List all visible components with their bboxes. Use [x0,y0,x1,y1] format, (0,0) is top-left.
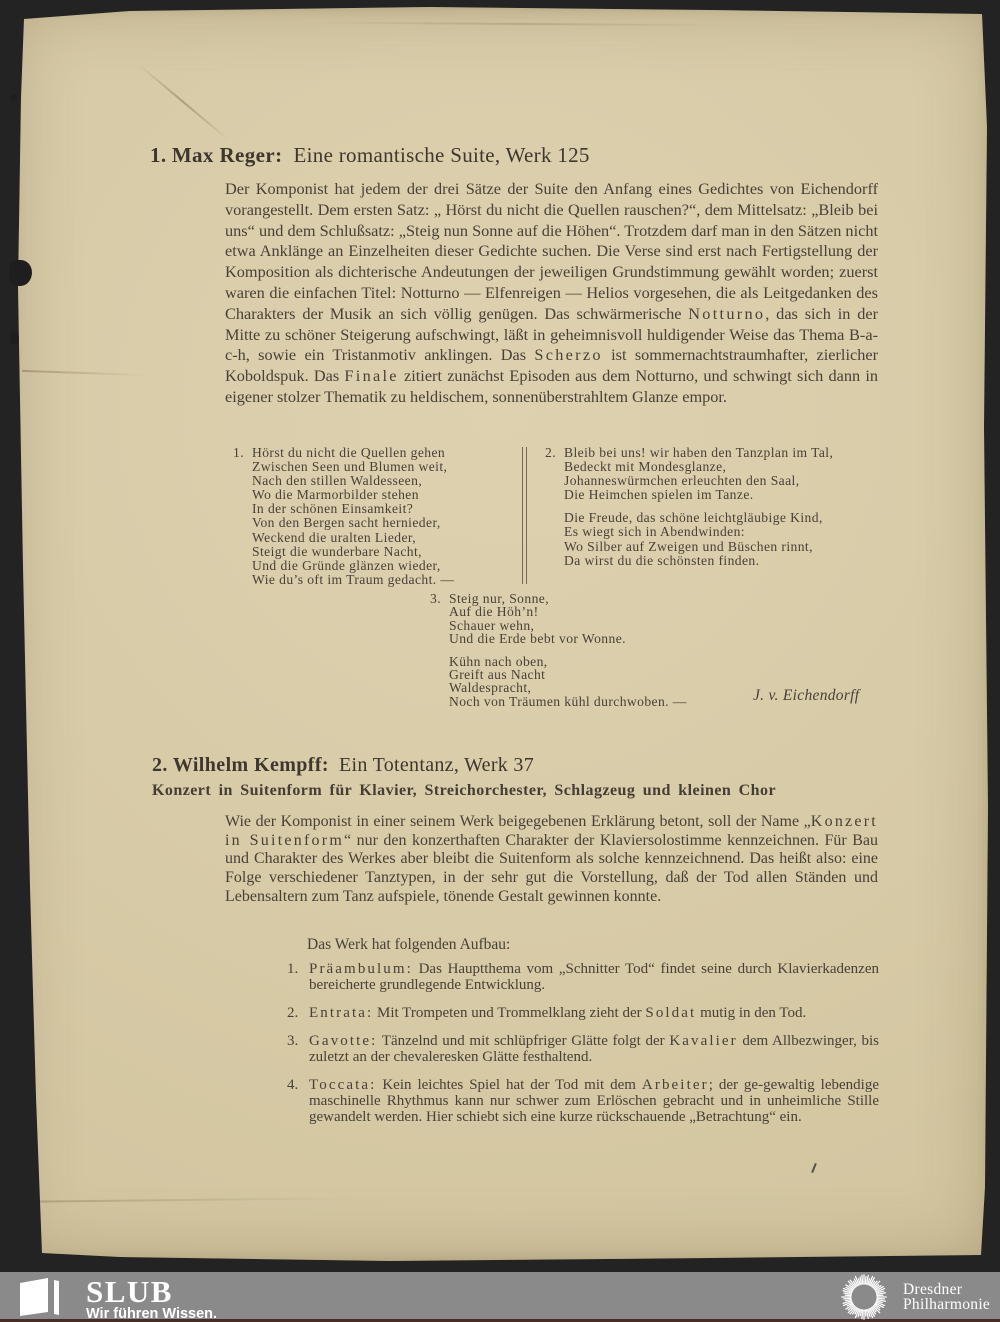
poem-line: Da wirst du die schönsten finden. [564,554,885,568]
poem-line: Wie du’s oft im Traum gedacht. — [252,573,533,587]
poem-line: Kühn nach oben, [449,655,860,668]
sperrsatz-term: Präambulum: [309,961,413,977]
poem-line: Hörst du nicht die Quellen gehen [252,446,533,460]
sperrsatz-term: Toccata: [309,1077,376,1093]
poem-stanza: Hörst du nicht die Quellen gehenZwischen… [252,446,533,587]
poem-stanza: Die Freude, das schöne leichtgläubige Ki… [564,511,885,567]
aufbau-item-number: 1. [287,961,298,977]
sperrsatz-term: Scherzo [534,345,602,364]
sunburst-icon [840,1273,888,1321]
aufbau-label: Das Werk hat folgenden Aufbau: [307,936,510,954]
poem-2: 2.Bleib bei uns! wir haben den Tanzplan … [545,446,885,568]
sperrsatz-term: Finale [344,366,398,385]
poem-line: Die Heimchen spielen im Tanze. [564,488,885,502]
poem-line: In der schönen Einsamkeit? [252,502,533,516]
poem-column-divider [522,447,527,584]
poem-line: Von den Bergen sacht hernieder, [252,516,533,530]
poem-line: Bedeckt mit Mondesglanze, [564,460,885,474]
philharmonie-line2: Philharmonie [903,1297,990,1312]
poem-line: Auf die Höh’n! [449,605,860,618]
aufbau-item: 3.Gavotte: Tänzelnd und mit schlüpfriger… [287,1033,879,1065]
sperrsatz-term: Notturno [688,304,765,323]
poem-line: Es wiegt sich in Abendwinden: [564,525,885,539]
sperrsatz-term: Gavotte: [309,1033,377,1049]
poem-line: Wo Silber auf Zweigen und Büschen rinnt, [564,540,885,554]
aufbau-item: 1.Präambulum: Das Hauptthema vom „Schnit… [287,961,879,993]
poem-line: Schauer wehn, [449,619,860,632]
work1-composer: Max Reger: [172,143,283,167]
sperrsatz-term: Kavalier [669,1033,737,1049]
poem-stanza: Steig nur, Sonne,Auf die Höh’n!Schauer w… [449,592,860,646]
open-book-icon [18,1277,70,1317]
work1-number: 1. [150,143,167,167]
poem-line: Und die Gründe glänzen wieder, [252,559,533,573]
poem-number: 1. [233,446,244,460]
philharmonie-logo-text: Dresdner Philharmonie [903,1282,990,1312]
work2-number: 2. [152,754,168,776]
poem-number: 2. [545,446,556,460]
aufbau-item: 4.Toccata: Kein leichtes Spiel hat der T… [287,1077,879,1125]
philharmonie-line1: Dresdner [903,1282,990,1297]
slub-tagline: Wir führen Wissen. [86,1306,217,1322]
work2-intro-paragraph: Wie der Komponist in einer seinem Werk b… [225,813,878,907]
work2-subtitle: Konzert in Suitenform für Klavier, Strei… [152,782,776,800]
slub-logo-text: SLUB [86,1278,173,1306]
sperrsatz-term: Arbeiter [642,1077,709,1093]
poem-line: Steigt die wunderbare Nacht, [252,545,533,559]
program-page-content: 1. Max Reger:Eine romantische Suite, Wer… [0,0,1000,1322]
sperrsatz-term: Entrata: [309,1005,373,1021]
work1-intro-paragraph: Der Komponist hat jedem der drei Sätze d… [225,179,878,408]
work2-title: Ein Totentanz, Werk 37 [339,754,534,776]
work2-heading: 2. Wilhelm Kempff:Ein Totentanz, Werk 37 [152,754,534,777]
poem-line: Greift aus Nacht [449,668,860,681]
poem-1: 1.Hörst du nicht die Quellen gehenZwisch… [233,446,533,587]
sperrsatz-term: Konzert in Suitenform [225,813,878,849]
aufbau-item-number: 3. [287,1033,298,1049]
poem-line: Johanneswürmchen erleuchten den Saal, [564,474,885,488]
sperrsatz-term: Soldat [645,1005,696,1021]
aufbau-list: 1.Präambulum: Das Hauptthema vom „Schnit… [287,961,879,1137]
poem-attribution: J. v. Eichendorff [753,687,859,705]
work2-composer: Wilhelm Kempff: [173,754,329,776]
poem-line: Steig nur, Sonne, [449,592,860,605]
poem-line: Die Freude, das schöne leichtgläubige Ki… [564,511,885,525]
scanned-page-view: 1. Max Reger:Eine romantische Suite, Wer… [0,0,1000,1322]
poem-line: Wo die Marmorbilder stehen [252,488,533,502]
poem-stanza: Bleib bei uns! wir haben den Tanzplan im… [564,446,885,502]
work1-title: Eine romantische Suite, Werk 125 [294,143,590,167]
aufbau-item-number: 2. [287,1005,298,1021]
footer-bar: SLUB Wir führen Wissen. Dresdner Philhar… [0,1272,1000,1322]
poem-line: Weckend die uralten Lieder, [252,531,533,545]
poem-line: Nach den stillen Waldesseen, [252,474,533,488]
poem-line: Bleib bei uns! wir haben den Tanzplan im… [564,446,885,460]
poem-line: Und die Erde bebt vor Wonne. [449,632,860,645]
aufbau-item-number: 4. [287,1077,298,1093]
work1-heading: 1. Max Reger:Eine romantische Suite, Wer… [150,143,590,168]
poem-line: Zwischen Seen und Blumen weit, [252,460,533,474]
aufbau-item: 2.Entrata: Mit Trompeten und Trommelklan… [287,1005,879,1021]
poem-number: 3. [430,592,441,605]
